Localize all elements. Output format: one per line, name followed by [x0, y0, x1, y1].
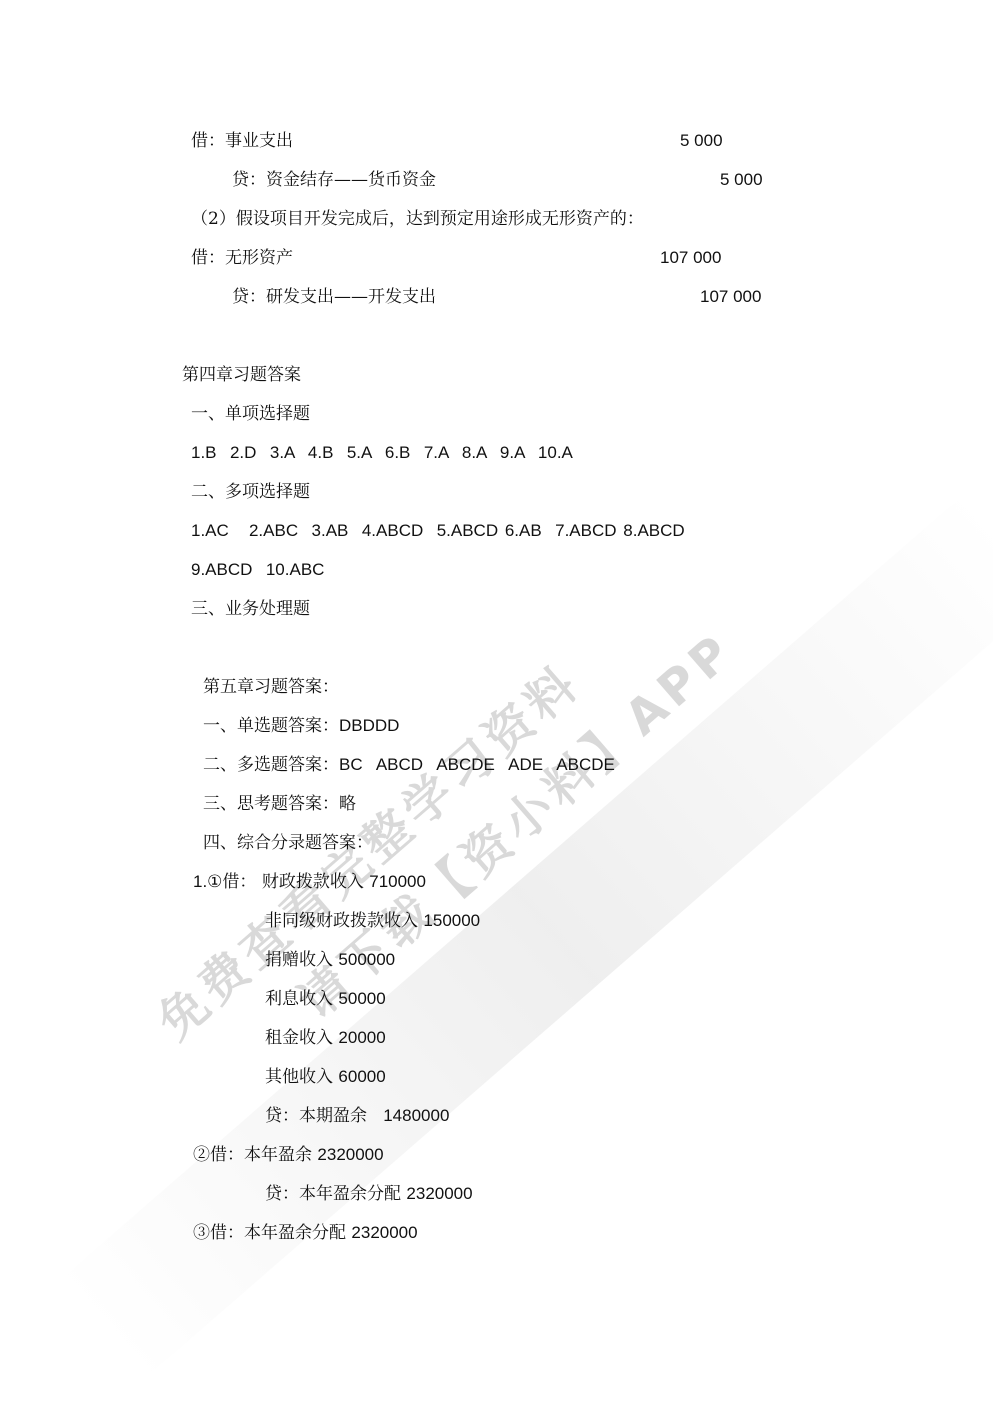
amount: 710000: [369, 872, 426, 891]
watermark-band: [60, 493, 993, 1378]
journal-line: 租金收入 20000: [265, 1028, 386, 1048]
chapter4-multi-answers-2: 9.ABCD 10.ABC: [191, 560, 324, 580]
amount: 1480000: [383, 1106, 449, 1125]
entry-amount: 107 000: [660, 248, 721, 268]
entry-label: 贷：资金结存——货币资金: [232, 170, 436, 190]
account: 贷：本年盈余分配: [265, 1184, 401, 1204]
label: 一、单选题答案：: [203, 716, 339, 736]
chapter4-single-heading: 一、单项选择题: [191, 404, 310, 424]
prefix: ③借：: [193, 1223, 244, 1243]
journal-line: 贷：本年盈余分配 2320000: [265, 1184, 473, 1204]
account: 非同级财政拨款收入: [265, 911, 418, 931]
account: 本年盈余分配: [244, 1223, 346, 1243]
entry-credit-fund-balance: 贷：资金结存——货币资金: [232, 170, 436, 190]
entry-amount: 107 000: [700, 287, 761, 307]
amount: 2320000: [317, 1145, 383, 1164]
chapter4-multi-heading: 二、多项选择题: [191, 482, 310, 502]
chapter5-thinking: 三、思考题答案：略: [203, 794, 356, 814]
label: 二、多选题答案：: [203, 755, 339, 775]
label: 三、思考题答案：: [203, 794, 339, 814]
note-text: （2）假设项目开发完成后，达到预定用途形成无形资产的：: [191, 209, 644, 229]
account: 其他收入: [265, 1067, 333, 1087]
chapter5-journal-heading: 四、综合分录题答案：: [203, 833, 373, 853]
entry-debit-intangible-assets: 借：无形资产: [191, 248, 293, 268]
chapter4-single-answers: 1.B 2.D 3.A 4.B 5.A 6.B 7.A 8.A 9.A 10.A: [191, 443, 573, 463]
amount: 50000: [338, 989, 385, 1008]
amount: 2320000: [351, 1223, 417, 1242]
value: DBDDD: [339, 716, 399, 735]
value: 略: [339, 794, 356, 814]
account: 捐赠收入: [265, 950, 333, 970]
journal-line: ②借：本年盈余 2320000: [193, 1145, 384, 1165]
entry-amount: 5 000: [680, 131, 723, 151]
value: BC ABCD ABCDE ADE ABCDE: [339, 755, 615, 774]
entry-label: 借：无形资产: [191, 248, 293, 268]
entry-label: 借：事业支出: [191, 131, 293, 151]
prefix: 1.①借：: [193, 872, 256, 891]
entry-note: （2）假设项目开发完成后，达到预定用途形成无形资产的：: [191, 209, 644, 229]
entry-debit-business-expense: 借：事业支出: [191, 131, 293, 151]
account: 租金收入: [265, 1028, 333, 1048]
chapter4-title: 第四章习题答案: [182, 365, 301, 385]
journal-line: 贷：本期盈余 1480000: [265, 1106, 449, 1126]
amount: 500000: [338, 950, 395, 969]
chapter5-multi: 二、多选题答案：BC ABCD ABCDE ADE ABCDE: [203, 755, 615, 775]
journal-line: 利息收入 50000: [265, 989, 386, 1009]
account: 财政拨款收入: [256, 872, 363, 892]
account: 贷：本期盈余: [265, 1106, 367, 1126]
amount: 60000: [338, 1067, 385, 1086]
amount: 2320000: [406, 1184, 472, 1203]
chapter5-single: 一、单选题答案：DBDDD: [203, 716, 399, 736]
entry-amount: 5 000: [720, 170, 763, 190]
journal-line: 其他收入 60000: [265, 1067, 386, 1087]
journal-line: ③借：本年盈余分配 2320000: [193, 1223, 418, 1243]
entry-label: 贷：研发支出——开发支出: [232, 287, 436, 307]
account: 利息收入: [265, 989, 333, 1009]
journal-line: 非同级财政拨款收入 150000: [265, 911, 480, 931]
chapter5-title: 第五章习题答案：: [203, 677, 339, 697]
entry-credit-rd-expense: 贷：研发支出——开发支出: [232, 287, 436, 307]
prefix: ②借：: [193, 1145, 244, 1165]
chapter4-business-heading: 三、业务处理题: [191, 599, 310, 619]
chapter4-multi-answers-1: 1.AC 2.ABC 3.AB 4.ABCD 5.ABCD 6.AB 7.ABC…: [191, 521, 685, 541]
journal-line: 捐赠收入 500000: [265, 950, 395, 970]
journal-line: 1.①借： 财政拨款收入 710000: [193, 872, 426, 892]
account: 本年盈余: [244, 1145, 312, 1165]
amount: 150000: [423, 911, 480, 930]
amount: 20000: [338, 1028, 385, 1047]
